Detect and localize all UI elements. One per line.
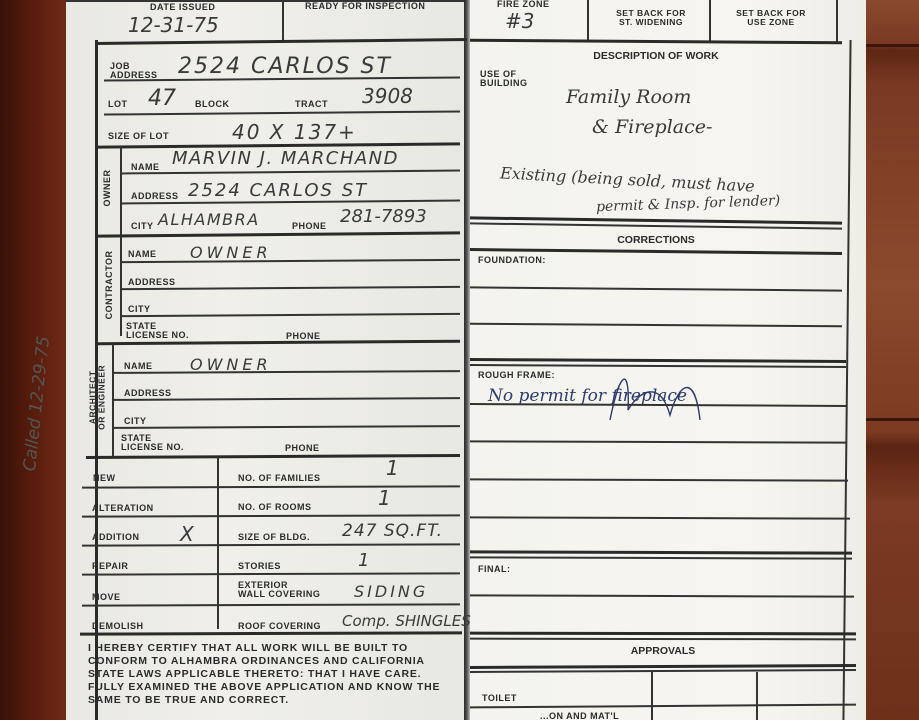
divider: [836, 0, 838, 44]
setback-street-label-line2: ST. WIDENING: [606, 18, 696, 27]
column-divider: [756, 672, 758, 720]
size-of-lot-label: SIZE OF LOT: [108, 132, 169, 141]
tract-field[interactable]: 3908: [362, 84, 413, 108]
owner-phone-field[interactable]: 281-7893: [340, 206, 427, 227]
architect-city-label: CITY: [124, 417, 147, 426]
work-type-addition[interactable]: ADDITION: [92, 533, 140, 542]
work-type-alteration[interactable]: ALTERATION: [92, 504, 154, 513]
description-title: DESCRIPTION OF WORK: [470, 50, 842, 62]
architect-phone-label: PHONE: [285, 444, 320, 453]
contractor-address-field[interactable]: [180, 266, 450, 286]
architect-section-label: ARCHITECT OR ENGINEER: [89, 357, 108, 437]
fire-zone-field[interactable]: #3: [505, 9, 534, 33]
setback-use-label: SET BACK FOR USE ZONE: [726, 9, 816, 27]
approval-row-partial: ...ON AND MAT'L: [540, 712, 619, 720]
column-divider: [651, 672, 653, 720]
work-type-move[interactable]: MOVE: [92, 593, 121, 602]
contractor-license-label-line2: LICENSE NO.: [126, 331, 189, 340]
contractor-city-label: CITY: [128, 305, 151, 314]
leather-seam: [858, 44, 919, 47]
foundation-notes-field[interactable]: [478, 268, 838, 348]
architect-address-label: ADDRESS: [124, 389, 172, 398]
tract-label: TRACT: [295, 100, 328, 109]
families-field[interactable]: 1: [386, 456, 399, 480]
families-label: NO. OF FAMILIES: [238, 474, 321, 483]
work-type-demolish[interactable]: DEMOLISH: [92, 622, 144, 631]
building-size-label: SIZE OF BLDG.: [238, 533, 310, 542]
owner-section-label: OWNER: [103, 158, 113, 218]
use-of-building-label: USE OF BUILDING: [480, 70, 528, 89]
wall-covering-label: EXTERIOR WALL COVERING: [238, 581, 320, 600]
margin-note: Called 12-29-75: [20, 341, 53, 472]
divider: [587, 0, 589, 40]
approval-toilet-cell-1[interactable]: [654, 680, 754, 698]
work-type-addition-mark[interactable]: X: [180, 522, 194, 546]
roof-covering-field[interactable]: Comp. SHINGLES: [342, 612, 471, 630]
setback-use-label-line2: USE ZONE: [726, 18, 816, 27]
owner-city-label: CITY: [131, 222, 154, 231]
rooms-field[interactable]: 1: [378, 486, 391, 510]
approvals-title: APPROVALS: [470, 645, 856, 657]
ready-for-inspection-label: READY FOR INSPECTION: [305, 2, 425, 11]
owner-address-label: ADDRESS: [131, 192, 179, 201]
job-address-field[interactable]: 2524 CARLOS ST: [178, 54, 392, 79]
date-issued-label: DATE ISSUED: [150, 3, 215, 12]
contractor-section-label: CONTRACTOR: [105, 240, 115, 330]
divider: [282, 0, 284, 40]
inspector-signature-icon: [600, 360, 720, 430]
block-label: BLOCK: [195, 100, 230, 109]
final-notes-field[interactable]: [478, 578, 838, 628]
use-of-building-label-line2: BUILDING: [480, 79, 528, 88]
stories-label: STORIES: [238, 562, 281, 571]
stories-field[interactable]: 1: [358, 550, 369, 571]
foundation-label: FOUNDATION:: [478, 256, 546, 265]
owner-phone-label: PHONE: [292, 222, 327, 231]
architect-license-label-line2: LICENSE NO.: [121, 443, 184, 452]
wall-covering-label-line2: WALL COVERING: [238, 590, 320, 599]
owner-city-field[interactable]: ALHAMBRA: [158, 210, 260, 229]
section-divider: [120, 236, 122, 336]
lot-label: LOT: [108, 100, 128, 109]
section-divider: [120, 146, 122, 236]
setback-street-label: SET BACK FOR ST. WIDENING: [606, 9, 696, 27]
contractor-name-label: NAME: [128, 250, 157, 259]
approval-toilet-cell-2[interactable]: [759, 680, 849, 698]
rooms-label: NO. OF ROOMS: [238, 503, 312, 512]
building-size-field[interactable]: 247 SQ.FT.: [342, 521, 443, 541]
job-address-label: JOB ADDRESS: [110, 62, 158, 81]
approval-row-toilet: TOILET: [482, 694, 517, 703]
size-of-lot-field[interactable]: 40 X 137+: [232, 120, 357, 144]
contractor-city-field[interactable]: [160, 292, 450, 312]
use-of-building-field[interactable]: Family Room: [566, 86, 691, 108]
architect-address-field[interactable]: [180, 377, 450, 397]
leather-background: [858, 0, 919, 720]
contractor-license-label: STATE LICENSE NO.: [126, 322, 189, 341]
owner-name-field[interactable]: MARVIN J. MARCHAND: [172, 148, 399, 169]
final-label: FINAL:: [478, 565, 511, 574]
contractor-name-field[interactable]: OWNER: [190, 243, 272, 262]
owner-address-field[interactable]: 2524 CARLOS ST: [188, 180, 368, 201]
contractor-address-label: ADDRESS: [128, 278, 176, 287]
divider: [709, 0, 711, 42]
certification-text: I HEREBY CERTIFY THAT ALL WORK WILL BE B…: [88, 642, 460, 707]
lot-field[interactable]: 47: [148, 86, 176, 111]
work-type-repair[interactable]: REPAIR: [92, 562, 128, 571]
architect-license-label: STATE LICENSE NO.: [121, 434, 184, 453]
work-type-new[interactable]: NEW: [93, 474, 116, 483]
leather-seam: [858, 418, 919, 421]
rough-frame-label: ROUGH FRAME:: [478, 371, 555, 380]
architect-name-label: NAME: [124, 362, 153, 371]
owner-name-label: NAME: [131, 163, 160, 172]
architect-label-line2: OR ENGINEER: [98, 357, 107, 437]
roof-covering-label: ROOF COVERING: [238, 622, 321, 631]
date-issued-field[interactable]: 12-31-75: [128, 13, 219, 37]
architect-city-field[interactable]: [160, 404, 450, 424]
description-line-2: & Fireplace-: [592, 116, 712, 138]
corrections-title: CORRECTIONS: [470, 234, 842, 246]
wall-covering-field[interactable]: SIDING: [354, 582, 428, 601]
